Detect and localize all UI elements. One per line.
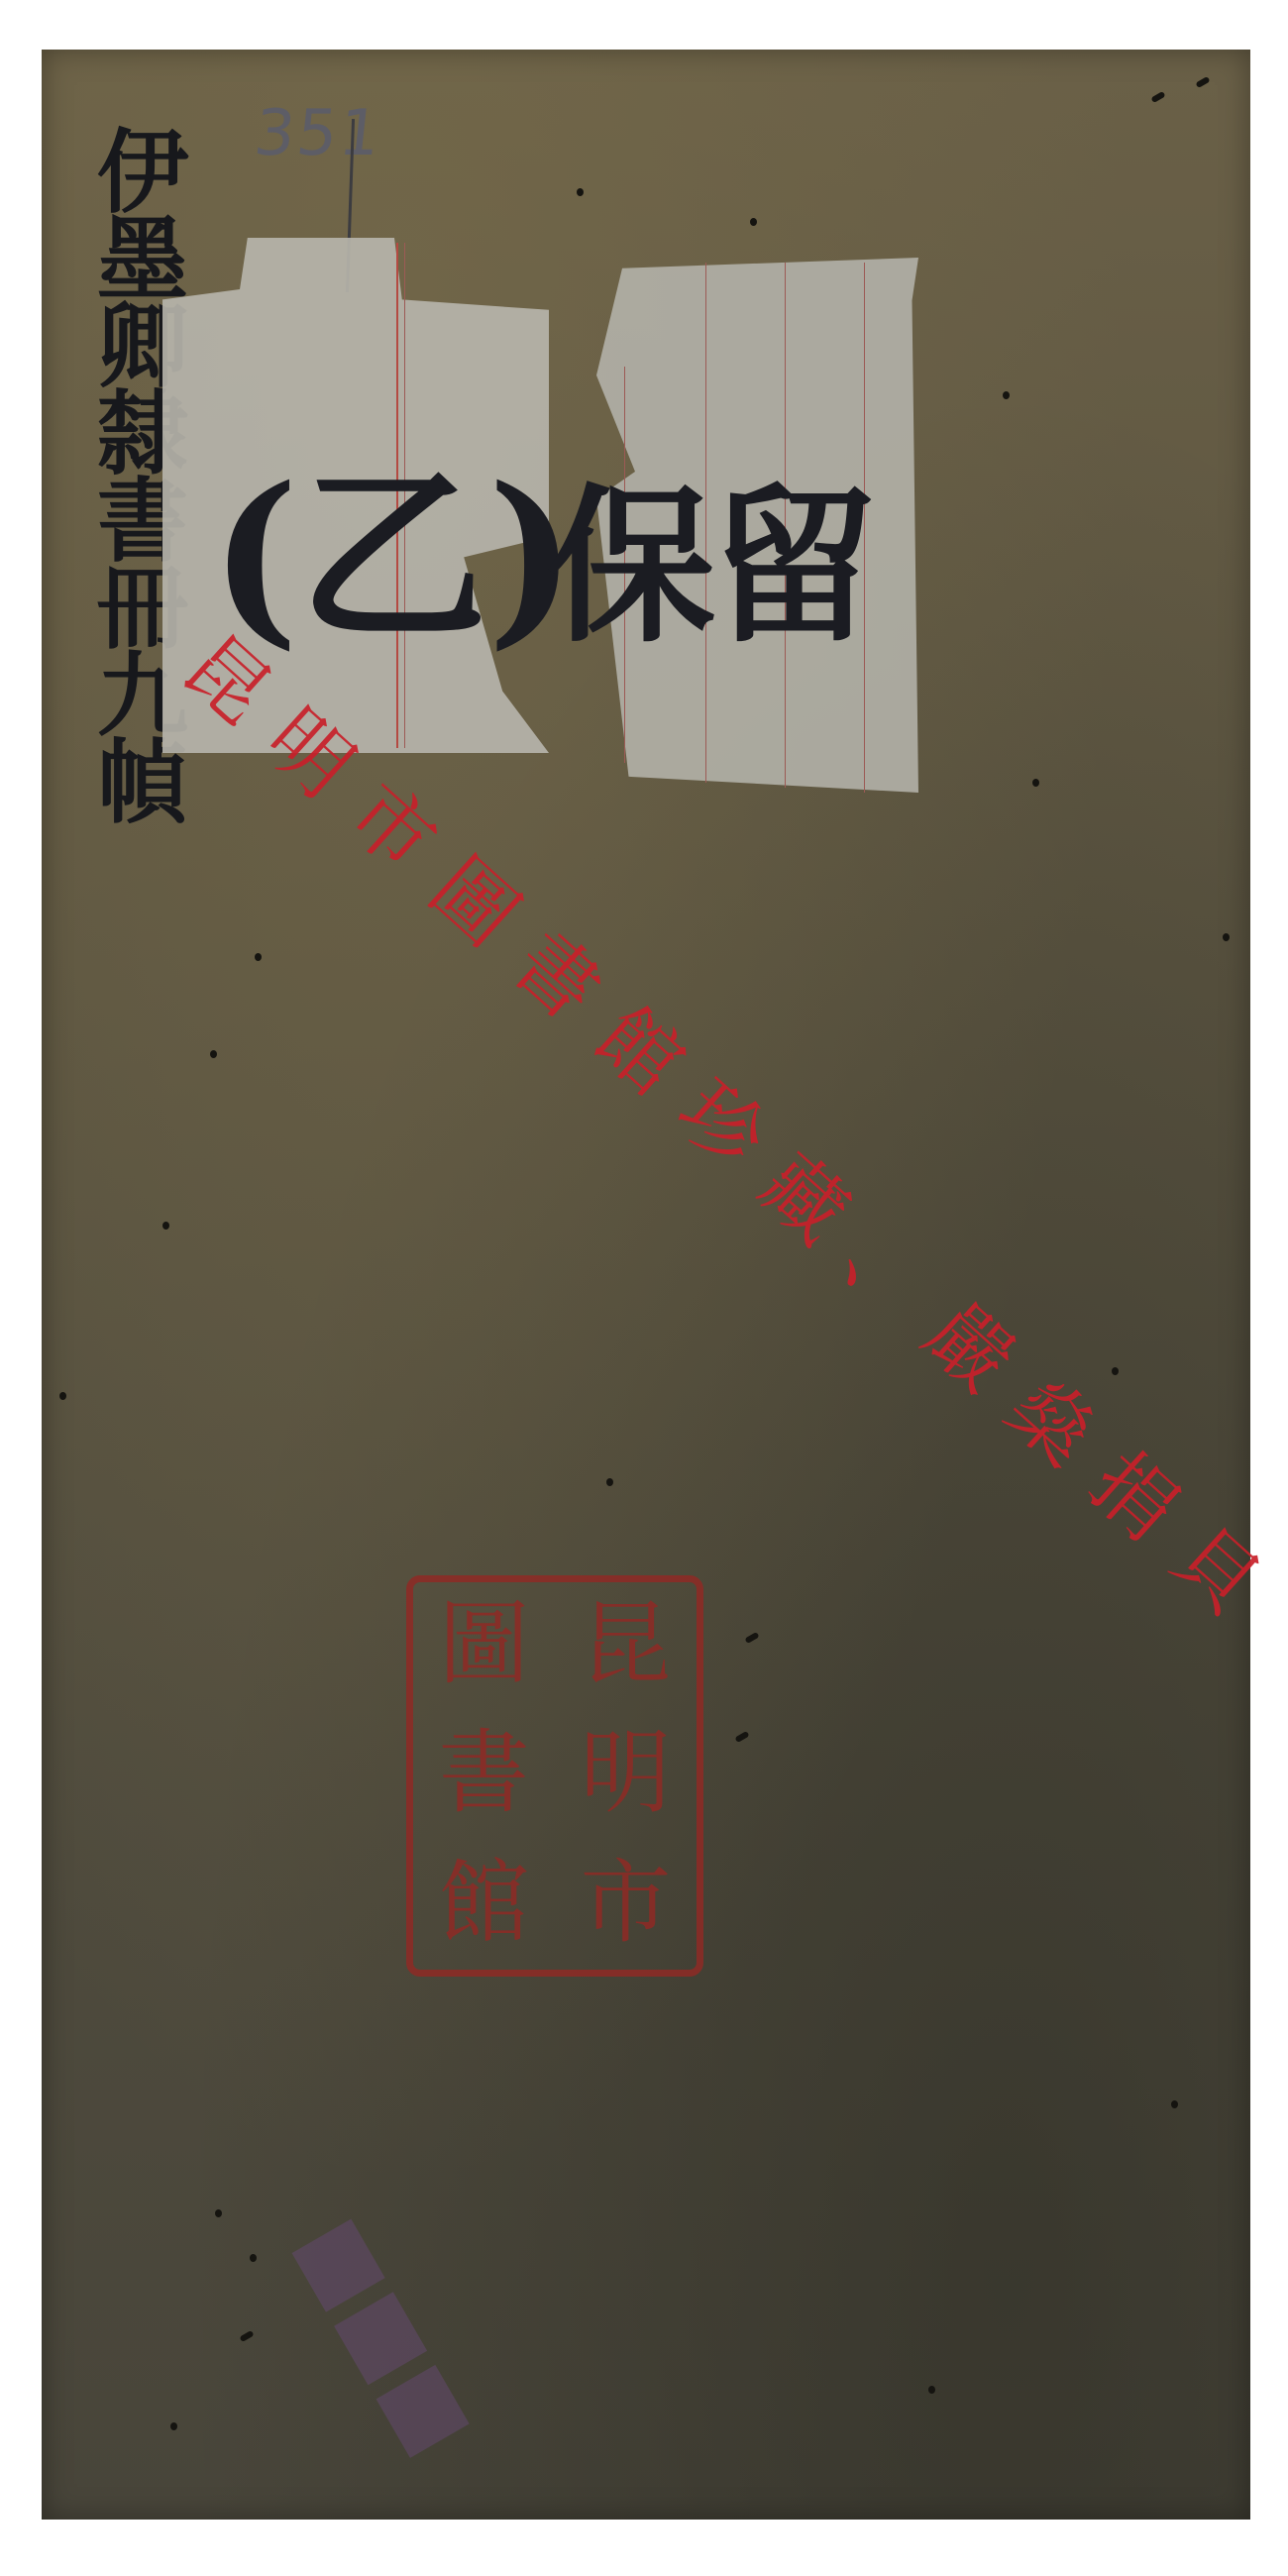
ink-speck	[1223, 933, 1230, 941]
book-cover: 351 伊墨卿隸書冊九幀 (乙) 保留 昆明市圖書館珍藏、嚴燊捐貝 圖 昆 書 …	[42, 50, 1250, 2520]
ink-speck	[1171, 2100, 1178, 2108]
ink-speck	[59, 1392, 66, 1400]
ink-speck	[210, 1050, 217, 1058]
seal-char: 昆	[555, 1582, 697, 1711]
faint-purple-stamp: ■■■	[278, 2200, 494, 2470]
ink-speck	[1003, 391, 1010, 399]
seal-char: 書	[413, 1711, 555, 1840]
worm-hole	[1150, 91, 1165, 103]
ink-speck	[606, 1478, 613, 1486]
ink-speck	[170, 2422, 177, 2430]
seal-char: 明	[555, 1711, 697, 1840]
label-word: 保留	[547, 431, 872, 674]
ink-speck	[162, 1222, 169, 1230]
ink-speck	[255, 953, 262, 961]
square-library-seal: 圖 昆 書 明 館 市	[406, 1575, 703, 1977]
ink-speck	[1032, 779, 1039, 787]
catalog-number: 351	[251, 97, 385, 170]
ink-speck	[215, 2209, 222, 2217]
seal-char: 圖	[413, 1582, 555, 1711]
ink-speck	[577, 188, 584, 196]
worm-hole	[734, 1731, 749, 1743]
worm-hole	[1195, 76, 1210, 88]
seal-char: 市	[555, 1841, 697, 1970]
ink-speck	[750, 218, 757, 226]
ink-speck	[250, 2254, 257, 2262]
ink-speck	[928, 2386, 935, 2394]
seal-char: 館	[413, 1841, 555, 1970]
worm-hole	[744, 1632, 759, 1644]
worm-hole	[239, 2330, 254, 2342]
ink-speck	[1112, 1367, 1119, 1375]
